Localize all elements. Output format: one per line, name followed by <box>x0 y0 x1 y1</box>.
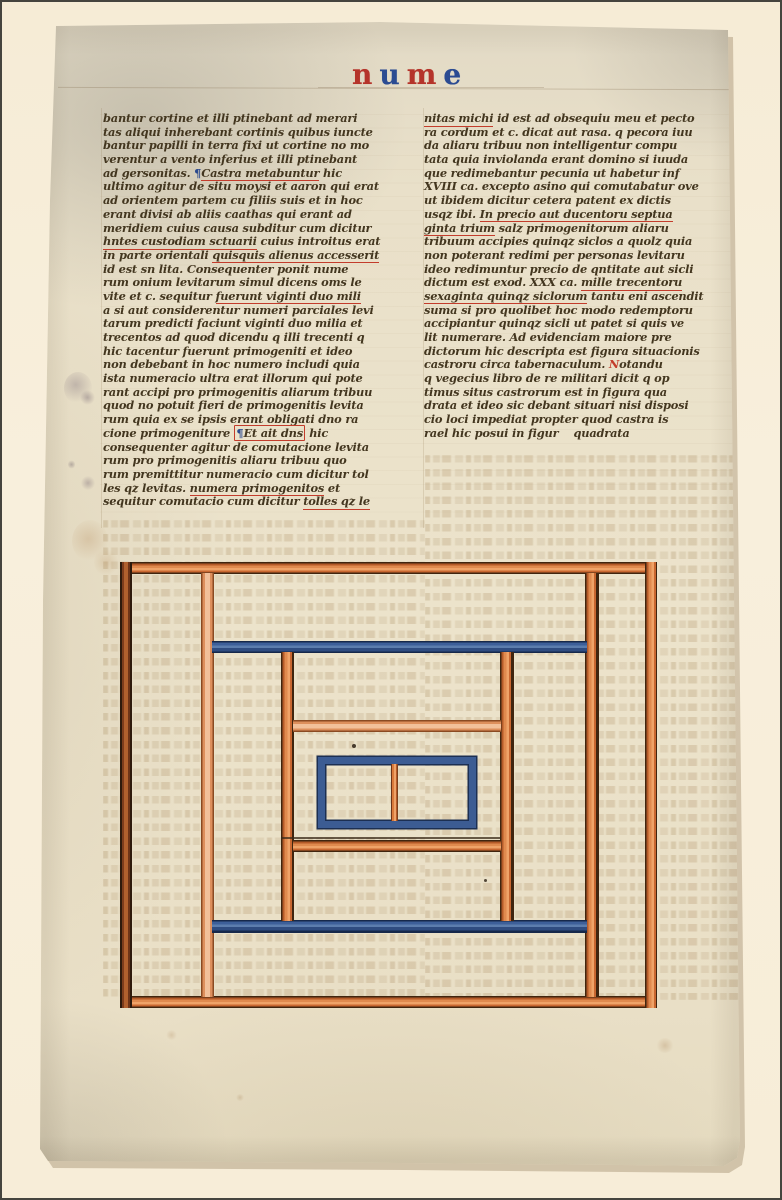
stain-spot <box>80 390 95 405</box>
text-line: tarum predicti faciunt viginti duo milia… <box>103 317 427 331</box>
text-line: tribuum accipies quinqz siclos a quolz q… <box>424 235 742 249</box>
margin-pen-mark: ⁊ <box>747 177 752 190</box>
margin-pen-mark: ⁊ <box>746 140 751 153</box>
margin-pen-mark: · <box>743 208 747 221</box>
stain-spot <box>94 548 118 576</box>
stain-spot <box>68 460 75 469</box>
text-line: rum premittitur numeracio cum dicitur to… <box>103 468 427 482</box>
text-column-left: bantur cortine et illi ptinebant ad mera… <box>103 112 427 509</box>
text-line: les qz levitas. numera primogenitos et <box>103 482 427 496</box>
lower-cross-band <box>293 840 501 852</box>
stain-spot <box>656 1038 674 1053</box>
outer-wall-right <box>645 562 657 1008</box>
text-line: tata quia inviolanda erant domino si iuu… <box>424 153 742 167</box>
text-line: ginta trium salz primogenitorum aliaru <box>424 222 742 236</box>
text-line: vite et c. sequitur fuerunt viginti duo … <box>103 290 427 304</box>
west-long-band <box>201 573 214 997</box>
text-line: timus situs castrorum est in figura qua <box>424 386 742 400</box>
stain-spot <box>236 1094 244 1101</box>
text-line: verentur a vento inferius et illi ptineb… <box>103 153 427 167</box>
inner-west-band <box>281 652 294 921</box>
text-line: erant divisi ab aliis caathas qui erant … <box>103 208 427 222</box>
outer-wall-bottom <box>120 996 657 1008</box>
stain-spot <box>166 1030 177 1040</box>
text-line: dictum est exod. XXX ca. mille trecentor… <box>424 276 742 290</box>
camp-diagram <box>120 562 657 1008</box>
text-line: meridiem cuius causa subditur cum dicitu… <box>103 222 427 236</box>
stain-spot <box>81 476 95 490</box>
text-line: castroru circa tabernaculum. Notandu <box>424 358 742 372</box>
tabernacle-divider <box>391 764 398 821</box>
text-line: bantur cortine et illi ptinebant ad mera… <box>103 112 427 126</box>
text-line: sequitur comutacio cum dicitur tolles qz… <box>103 495 427 509</box>
text-line: quod no potuit fieri de primogenitis lev… <box>103 399 427 413</box>
text-line: ultimo agitur de situ moysi et aaron qui… <box>103 180 427 194</box>
text-line: accipiantur quinqz sicli ut patet si qui… <box>424 317 742 331</box>
north-blue-band <box>212 641 587 653</box>
inner-east-band <box>500 652 514 921</box>
column-guide-left <box>101 108 102 528</box>
text-line: XVIII ca. excepto asino qui comutabatur … <box>424 180 742 194</box>
text-line: lit numerare. Ad evidenciam maiore pre <box>424 331 742 345</box>
text-line: in parte orientali quisquis alienus acce… <box>103 249 427 263</box>
text-line: usqz ibi. In precio aut ducentoru septua <box>424 208 742 222</box>
running-title-letter: u <box>379 58 406 91</box>
upper-cross-band <box>293 720 501 732</box>
text-line: sexaginta quinqz siclorum tantu eni asce… <box>424 290 742 304</box>
text-line: non poterant redimi per personas levitar… <box>424 249 742 263</box>
text-line: bantur papilli in terra fixi ut cortine … <box>103 139 427 153</box>
text-line: cione primogeniture ¶Et ait dns hic <box>103 427 427 441</box>
text-line: rum onium levitarum simul dicens oms le <box>103 276 427 290</box>
text-line: consequenter agitur de comutacione levit… <box>103 441 427 455</box>
text-line: ad orientem partem cu filiis suis et in … <box>103 194 427 208</box>
east-long-band <box>585 573 599 997</box>
south-blue-band <box>212 920 587 933</box>
text-column-right: nitas michi id est ad obsequiu meu et pe… <box>424 112 742 441</box>
outer-wall-left <box>120 562 132 1008</box>
text-line: drata et ideo sic debant situari nisi di… <box>424 399 742 413</box>
manuscript-photo: nume bantur cortine et illi ptinebant ad… <box>0 0 782 1200</box>
text-line: q vegecius libro de re militari dicit q … <box>424 372 742 386</box>
column-guide-right <box>741 108 742 528</box>
text-line: que redimebantur pecunia ut habetur inf <box>424 167 742 181</box>
text-line: rant accipi pro primogenitis aliarum tri… <box>103 386 427 400</box>
manuscript-leaf: nume bantur cortine et illi ptinebant ad… <box>0 0 782 1200</box>
running-title: nume <box>352 58 468 91</box>
text-line: nitas michi id est ad obsequiu meu et pe… <box>424 112 742 126</box>
text-line: hntes custodiam sctuarii cuius introitus… <box>103 235 427 249</box>
text-line: suma si pro quolibet hoc modo redemptoru <box>424 304 742 318</box>
text-line: id est sn lita. Consequenter ponit nume <box>103 263 427 277</box>
text-line: ista numeracio ultra erat illorum qui po… <box>103 372 427 386</box>
text-line: da aliaru tribuu non intelligentur compu <box>424 139 742 153</box>
text-line: dictorum hic descripta est figura situac… <box>424 345 742 359</box>
text-line: hic tacentur fuerunt primogeniti et ideo <box>103 345 427 359</box>
text-line: ad gersonitas. ¶Castra metabuntur hic <box>103 167 427 181</box>
running-title-letter: n <box>352 58 379 91</box>
text-line: rum pro primogenitis aliaru tribuu quo <box>103 454 427 468</box>
text-line: ideo redimuntur precio de qntitate aut s… <box>424 263 742 277</box>
text-line: non debebant in hoc numero includi quia <box>103 358 427 372</box>
text-line: cio loci impediat propter quod castra is <box>424 413 742 427</box>
text-line: ut ibidem dicitur cetera patent ex dicti… <box>424 194 742 208</box>
text-line: rael hic posui in figur quadrata <box>424 427 742 441</box>
text-line: tas aliqui inherebant cortinis quibus iu… <box>103 126 427 140</box>
text-line: a si aut considerentur numeri parciales … <box>103 304 427 318</box>
running-title-letter: e <box>443 58 468 91</box>
running-title-letter: m <box>407 58 444 91</box>
text-line: trecentos ad quod dicendu q illi trecent… <box>103 331 427 345</box>
pen-line <box>281 837 501 839</box>
text-line: ra cordum et c. dicat aut rasa. q pecora… <box>424 126 742 140</box>
